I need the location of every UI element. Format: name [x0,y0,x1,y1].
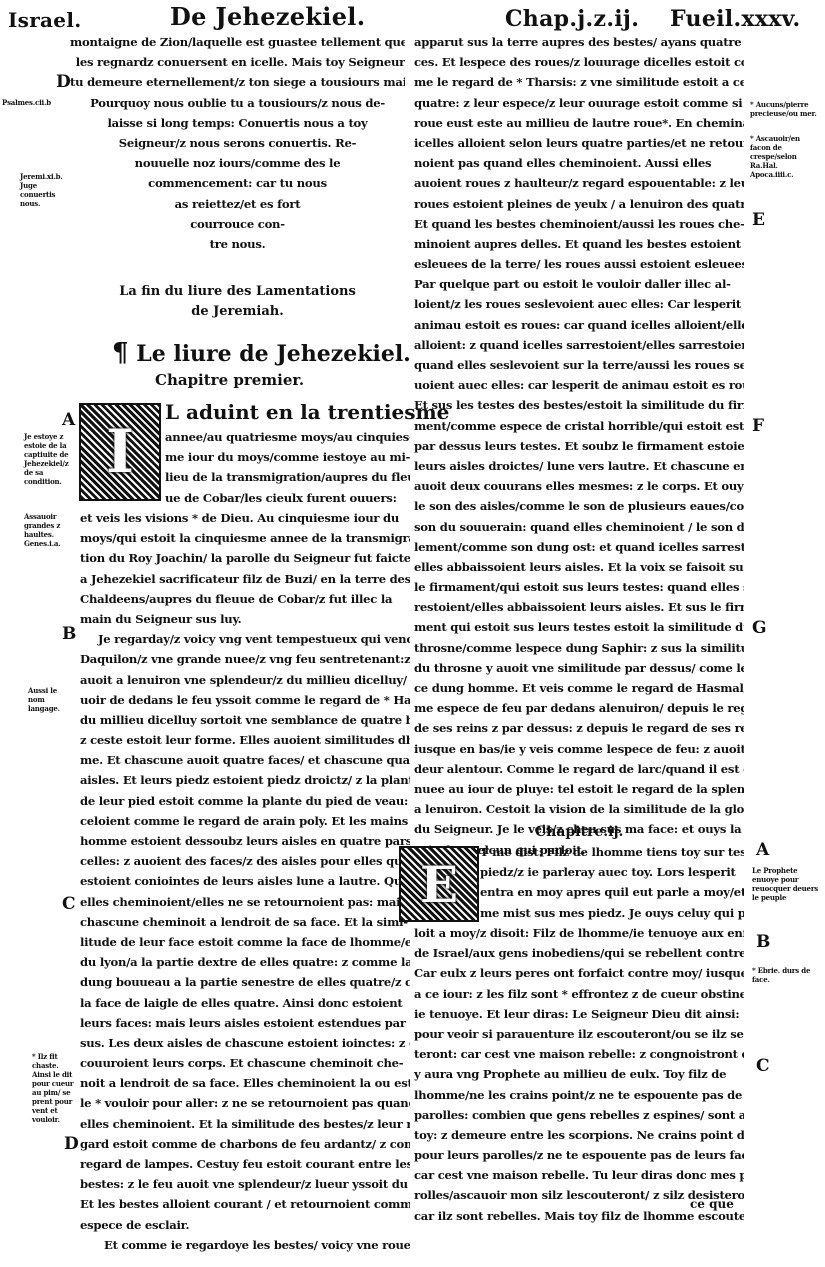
text-line: throsne/comme lespece dung Saphir: z sus… [414,638,744,658]
text-line: alloient: z quand icelles sarrestoient/e… [414,335,744,355]
chapter1-body: et veis les visions * de Dieu. Au cinqui… [80,508,410,1255]
section-letter: F [752,416,764,436]
chapter2-dropcap-text: T me dist: Filz de lhomme tiens toy sur … [480,842,744,923]
text-line: loit a moy/z disoit: Filz de lhomme/ie t… [414,923,744,943]
text-line: couuroient leurs corps. Et chascune chem… [80,1053,410,1073]
colophon-line: de Jeremiah. [70,302,405,322]
text-line: ce dung homme. Et veis comme le regard d… [414,678,744,698]
text-line: et veis les visions * de Dieu. Au cinqui… [80,508,410,528]
section-letter: C [756,1056,770,1076]
text-line: de leur pied estoit comme la plante du p… [80,791,410,811]
text-line: ment/comme espece de cristal horrible/qu… [414,416,744,436]
text-line: Par quelque part ou estoit le vouloir da… [414,274,744,294]
colophon-line: La fin du liure des Lamentations [70,282,405,302]
text-line: icelles alloient selon leurs quatre part… [414,133,744,153]
text-line: regard de lampes. Cestuy feu estoit cour… [80,1154,410,1174]
text-line: litude de leur face estoit comme la face… [80,932,410,952]
section-letter: G [752,618,767,638]
text-line: montaigne de Zion/laquelle est guastee t… [70,32,405,52]
text-line: T me dist: Filz de lhomme tiens toy sur … [480,842,744,862]
text-line: main du Seigneur sus luy. [80,609,410,629]
margin-note: Le Prophete enuoye pour reuocquer deuers… [752,866,822,902]
text-line: me. Et chascune auoit quatre faces/ et c… [80,750,410,770]
section-letter: A [62,410,75,430]
text-line: z ceste estoit leur forme. Elles auoient… [80,730,410,750]
text-line: animau estoit es roues: car quand icelle… [414,315,744,335]
text-line: tu demeure eternellement/z ton siege a t… [70,72,405,92]
text-line: a lenuiron. Cestoit la vision de la simi… [414,799,744,819]
text-line: iusque en bas/ie y veis comme lespece de… [414,739,744,759]
margin-note: Psalmes.cii.b [2,98,68,107]
text-line: roues estoient pleines de yeulx / a lenu… [414,194,744,214]
text-line: espece de esclair. [80,1215,410,1235]
margin-note: Jeremi.xi.b. Juge conuertis nous. [20,172,68,208]
text-line: annee/au quatriesme moys/au cinquies- [165,427,410,447]
text-line: loient/z les roues seslevoient auec elle… [414,294,744,314]
text-line: les regnardz conuersent en icelle. Mais … [70,52,405,72]
text-line: tre nous. [70,234,405,254]
text-line: esleuees de la terre/ les roues aussi es… [414,254,744,274]
text-line: auoient roues z haulteur/z regard espoue… [414,173,744,193]
text-line: Daquilon/z vne grande nuee/z vng feu sen… [80,649,410,669]
text-line: Seigneur/z nous serons conuertis. Re- [70,133,405,153]
text-line: pour leurs parolles/z ne te espouente pa… [414,1145,744,1165]
catchword: ce que [690,1197,734,1211]
text-line: le son des aisles/comme le son de plusie… [414,496,744,516]
section-letter: D [56,72,71,92]
text-line: laisse si long temps: Conuertis nous a t… [70,113,405,133]
text-line: son du souuerain: quand elles cheminoien… [414,517,744,537]
lamentations-colophon: La fin du liure des Lamentations de Jere… [70,282,405,322]
chapter1-dropcap-text: annee/au quatriesme moys/au cinquies- me… [165,427,410,508]
text-line: aisles. Et leurs piedz estoient piedz dr… [80,770,410,790]
text-line: uoir de dedans le feu yssoit comme le re… [80,690,410,710]
running-head-left: Israel. [8,8,82,32]
right-column: apparut sus la terre aupres des bestes/ … [414,32,744,860]
text-line: elles abbaissoient leurs aisles. Et la v… [414,557,744,577]
text-line: restoient/elles abbaissoient leurs aisle… [414,597,744,617]
text-line: tion du Roy Joachin/ la parolle du Seign… [80,548,410,568]
section-letter: A [756,840,769,860]
document-page: Israel. De Jehezekiel. Chap.j.z.ij. Fuei… [0,0,825,1267]
text-line: Et les bestes alloient courant / et reto… [80,1194,410,1214]
section-letter: C [62,894,76,914]
ornamental-dropcap-i: I [79,403,161,501]
text-line: a Jehezekiel sacrificateur filz de Buzi/… [80,569,410,589]
text-line: leurs faces: mais leurs aisles estoient … [80,1013,410,1033]
pilcrow-icon: ¶ [112,338,129,368]
text-line: auoit deux couurans elles mesmes: z le c… [414,476,744,496]
text-line: ces. Et lespece des roues/z louurage dic… [414,52,744,72]
text-line: minoient aupres delles. Et quand les bes… [414,234,744,254]
text-line: noit a lendroit de sa face. Elles chemin… [80,1073,410,1093]
text-line: nouuelle noz iours/comme des le [70,153,405,173]
folio-number: Fueil.xxxv. [670,6,800,32]
margin-note: Je estoye z estoie de la captiuite de Je… [24,432,70,486]
text-line: Et sus les testes des bestes/estoit la s… [414,395,744,415]
text-line: noient pas quand elles cheminoient. Auss… [414,153,744,173]
book-title: ¶ Le liure de Jehezekiel. [112,338,411,368]
text-line: ment qui estoit sus leurs testes estoit … [414,617,744,637]
text-line: celoient comme le regard de arain poly. … [80,811,410,831]
text-line: car cest vne maison rebelle. Tu leur dir… [414,1165,744,1185]
text-line: deur alentour. Comme le regard de larc/q… [414,759,744,779]
chapter-heading-1: Chapitre premier. [155,371,304,389]
section-letter: D [64,1134,79,1154]
text-line: estoient coniointes de leurs aisles lune… [80,871,410,891]
text-line: y aura vng Prophete au millieu de eulx. … [414,1064,744,1084]
margin-note: * Aucuns/pierre precieuse/ou mer. [750,100,822,118]
text-line: elles cheminoient. Et la similitude des … [80,1114,410,1134]
text-line: par dessus leurs testes. Et soubz le fir… [414,436,744,456]
margin-note: Aussi le nom langage. [28,686,72,713]
chapter1-opening: L aduint en la trentiesme [165,400,449,424]
margin-note: Assauoir grandes z haultes. Genes.i.a. [24,512,70,548]
text-line: pour veoir si parauenture ilz escouteron… [414,1024,744,1044]
text-line: nuee au iour de pluye: tel estoit le reg… [414,779,744,799]
left-column: montaigne de Zion/laquelle est guastee t… [70,32,405,254]
text-line: du millieu dicelluy sortoit vne semblanc… [80,710,410,730]
book-title-text: Le liure de Jehezekiel. [136,341,411,367]
text-line: Et comme ie regardoye les bestes/ voicy … [80,1235,410,1255]
text-line: Chaldeens/aupres du fleuue de Cobar/z fu… [80,589,410,609]
text-line: bestes: z le feu auoit vne splendeur/z l… [80,1174,410,1194]
text-line: quatre: z leur espece/z leur ouurage est… [414,93,744,113]
text-line: me iour du moys/comme iestoye au mi- [165,447,410,467]
section-letter: B [62,624,76,644]
text-line: Car eulx z leurs peres ont forfaict cont… [414,963,744,983]
text-line: courrouce con- [70,214,405,234]
text-line: dung bouueau a la partie senestre de ell… [80,972,410,992]
text-line: a ce iour: z les filz sont * effrontez z… [414,984,744,1004]
text-line: toy: z demeure entre les scorpions. Ne c… [414,1125,744,1145]
chapter2-body: loit a moy/z disoit: Filz de lhomme/ie t… [414,923,744,1226]
text-line: roue eust este au millieu de lautre roue… [414,113,744,133]
text-line: sus. Les deux aisles de chascune estoien… [80,1033,410,1053]
text-line: leurs aisles droictes/ lune vers lautre.… [414,456,744,476]
text-line: Pourquoy nous oublie tu a tousiours/z no… [70,93,405,113]
margin-note: * Ebrie. durs de face. [752,966,822,984]
text-line: la face de laigle de elles quatre. Ainsi… [80,993,410,1013]
text-line: teront: car cest vne maison rebelle: z c… [414,1044,744,1064]
text-line: auoit a lenuiron vne splendeur/z du mill… [80,670,410,690]
text-line: le * vouloir pour aller: z ne se retourn… [80,1093,410,1113]
running-head-chapter: Chap.j.z.ij. [505,6,639,32]
running-head-title: De Jehezekiel. [170,2,365,31]
text-line: de ses reins z par dessus: z depuis le r… [414,718,744,738]
text-line: celles: z auoient des faces/z des aisles… [80,851,410,871]
text-line: moys/qui estoit la cinquiesme annee de l… [80,528,410,548]
text-line: du lyon/a la partie dextre de elles quat… [80,952,410,972]
dropcap-letter: E [401,848,477,920]
text-line: piedz/z ie parleray auec toy. Lors lespe… [480,862,744,882]
text-line: de Israel/aux gens inobediens/qui se reb… [414,943,744,963]
text-line: uoient auec elles: car lesperit de anima… [414,375,744,395]
text-line: le firmament/qui estoit sus leurs testes… [414,577,744,597]
text-line: me espece de feu par dedans alenuiron/ d… [414,698,744,718]
text-line: entra en moy apres quil eut parle a moy/… [480,882,744,902]
section-letter: B [756,932,770,952]
text-line: lieu de la transmigration/aupres du fleu… [165,467,410,487]
dropcap-letter: I [81,405,159,499]
text-line: lhomme/ne les crains point/z ne te espou… [414,1085,744,1105]
text-line: commencement: car tu nous [70,173,405,193]
text-line: me mist sus mes piedz. Je ouys celuy qui… [480,903,744,923]
margin-note: * Ascauoir/en facon de crespe/selon Ra.H… [750,134,822,179]
text-line: homme estoient dessoubz leurs aisles en … [80,831,410,851]
text-line: ie tenuoye. Et leur diras: Le Seigneur D… [414,1004,744,1024]
text-line: chascune cheminoit a lendroit de sa face… [80,912,410,932]
text-line: apparut sus la terre aupres des bestes/ … [414,32,744,52]
chapter-heading-2: Chapitre.ij. [535,824,623,840]
ornamental-dropcap-e: E [399,846,479,922]
text-line: ue de Cobar/les cieulx furent ouuers: [165,488,410,508]
text-line: me le regard de * Tharsis: z vne similit… [414,72,744,92]
text-line: parolles: combien que gens rebelles z es… [414,1105,744,1125]
text-line: elles cheminoient/elles ne se retournoie… [80,892,410,912]
text-line: du throsne y auoit vne similitude par de… [414,658,744,678]
text-line: Je regarday/z voicy vng vent tempestueux… [80,629,410,649]
text-line: gard estoit comme de charbons de feu ard… [80,1134,410,1154]
margin-note: * Ilz fit chaste. Ainsi le dit pour cueu… [32,1052,74,1124]
text-line: lement/comme son dung ost: et quand icel… [414,537,744,557]
text-line: quand elles seslevoient sur la terre/aus… [414,355,744,375]
section-letter: E [752,210,765,230]
text-line: as reiettez/et es fort [70,194,405,214]
text-line: Et quand les bestes cheminoient/aussi le… [414,214,744,234]
